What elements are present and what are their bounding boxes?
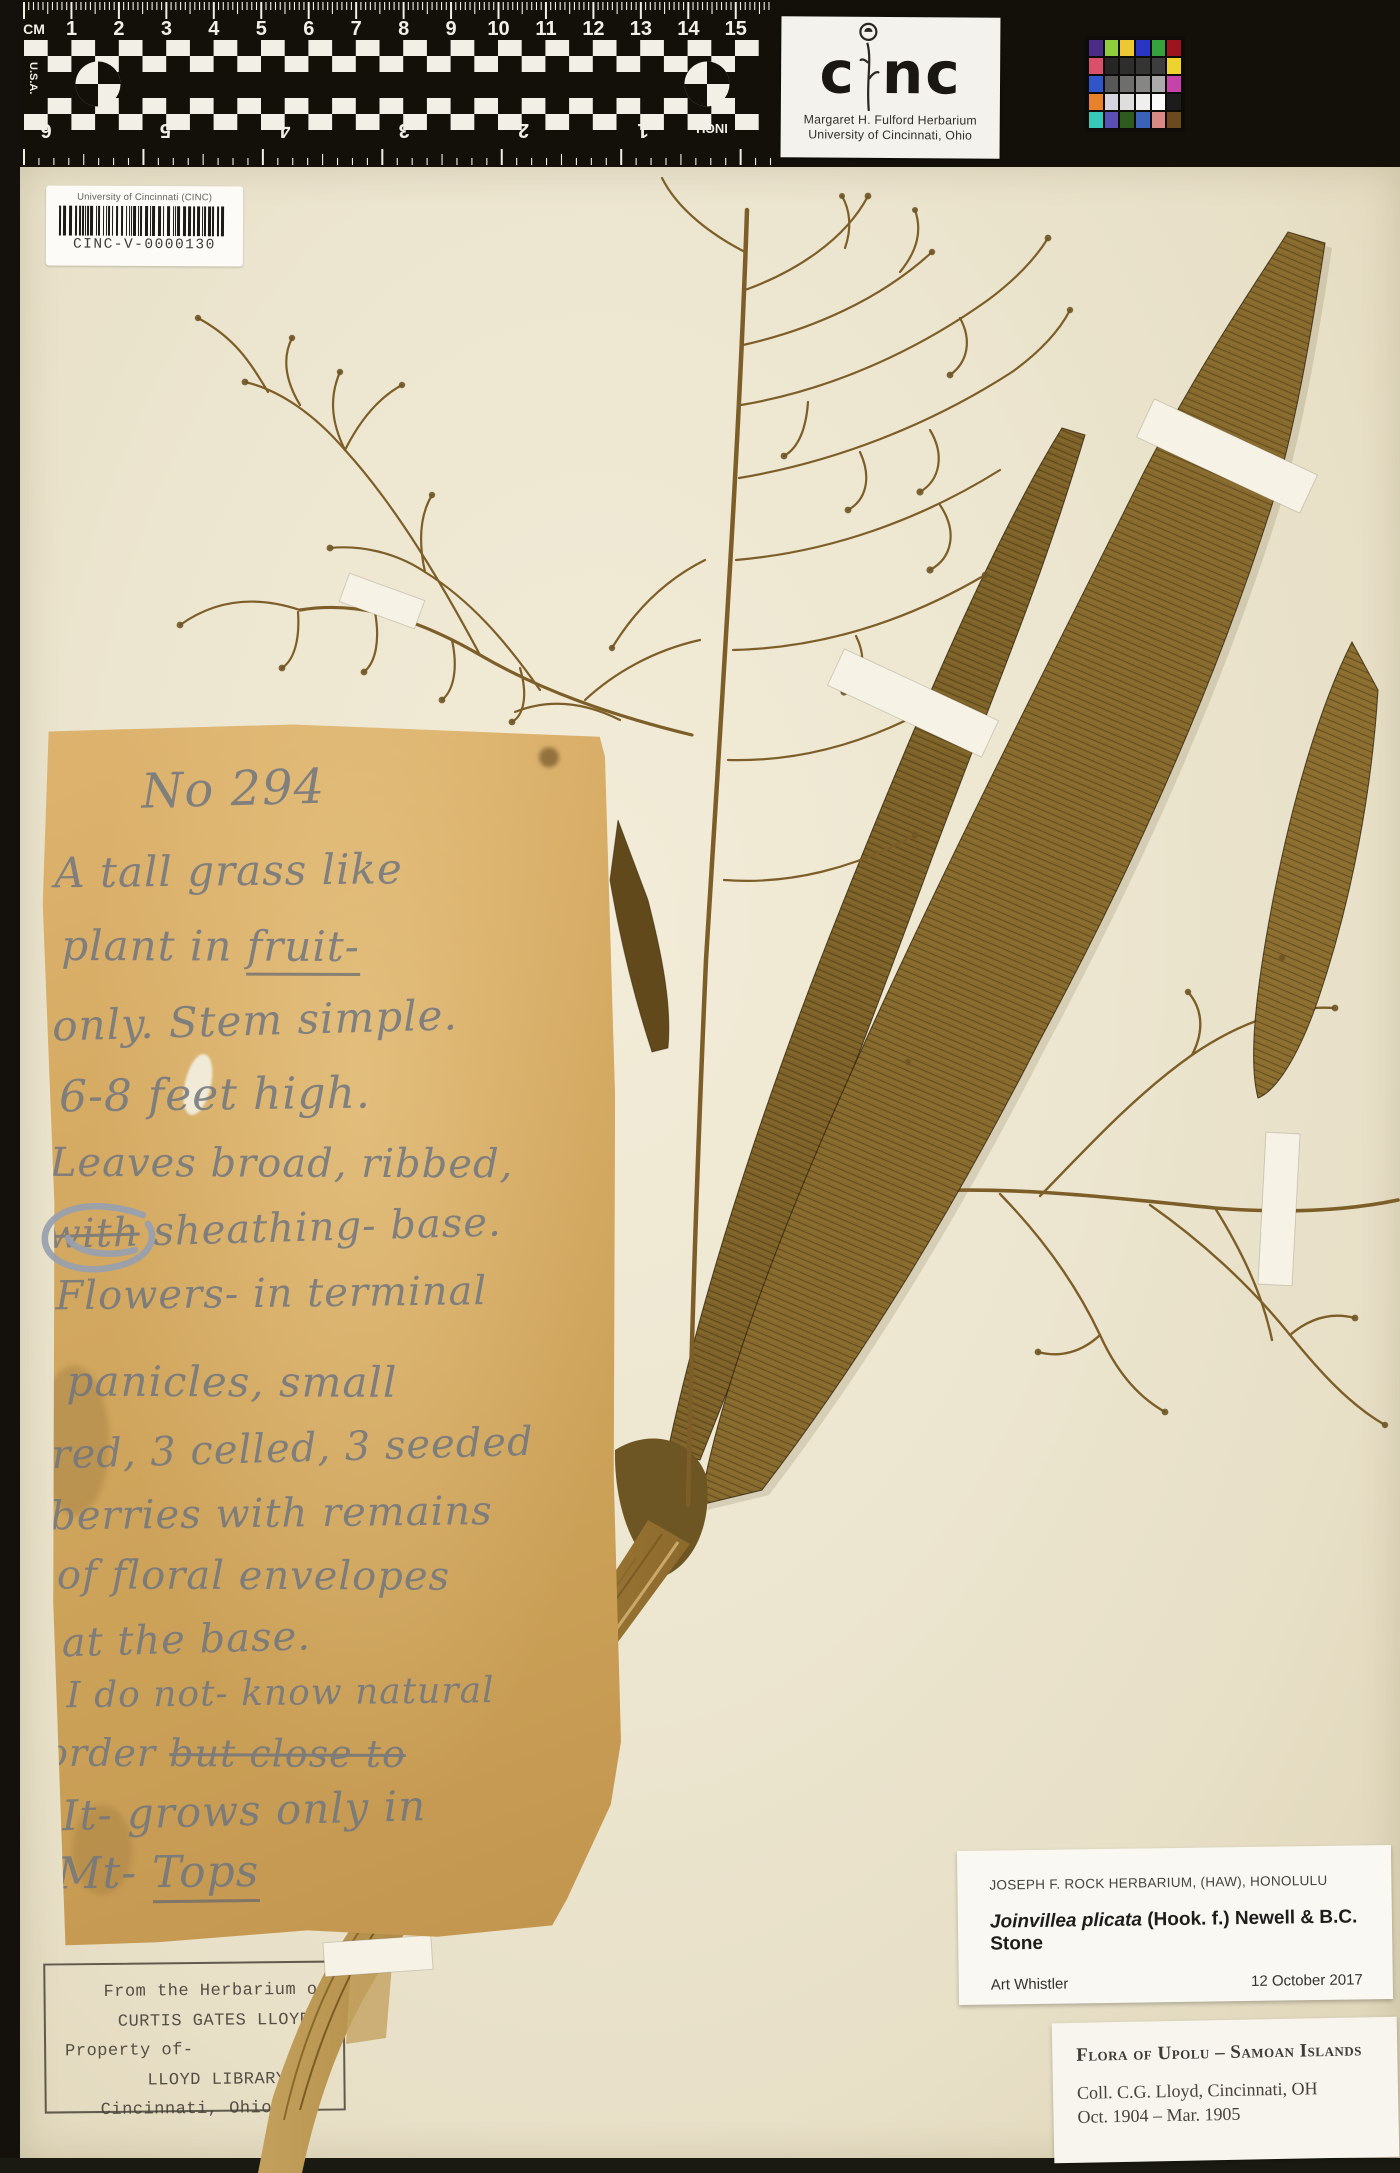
note-line: panicles, small [66, 1357, 397, 1407]
leaf-blades [610, 232, 1378, 1576]
note-line: berries with remains [50, 1488, 493, 1539]
note-line: at the base. [61, 1613, 311, 1666]
leaf-spear [610, 820, 669, 1052]
tape-strap [1258, 1132, 1300, 1286]
field-note-paper: No 294A tall grass likeplant in fruit-on… [39, 719, 632, 1952]
panicle-left [180, 318, 705, 735]
paperclip [0, 1180, 200, 1300]
note-line: A tall grass like [54, 844, 403, 897]
tape-strap [323, 1935, 433, 1976]
note-line: Mt- Tops [56, 1846, 259, 1899]
note-line: of floral envelopes [57, 1552, 450, 1599]
note-line: only. Stem simple. [52, 990, 459, 1050]
note-line: 6-8 feet high. [59, 1068, 371, 1123]
note-line: red, 3 celled, 3 seeded [51, 1419, 534, 1478]
note-line: It- grows only in [61, 1781, 427, 1840]
note-line: order but close to [45, 1731, 406, 1776]
note-line: I do not- know natural [66, 1670, 495, 1716]
note-line: No 294 [141, 759, 326, 820]
note-line: plant in fruit- [61, 921, 360, 971]
tape-strap [339, 573, 424, 629]
